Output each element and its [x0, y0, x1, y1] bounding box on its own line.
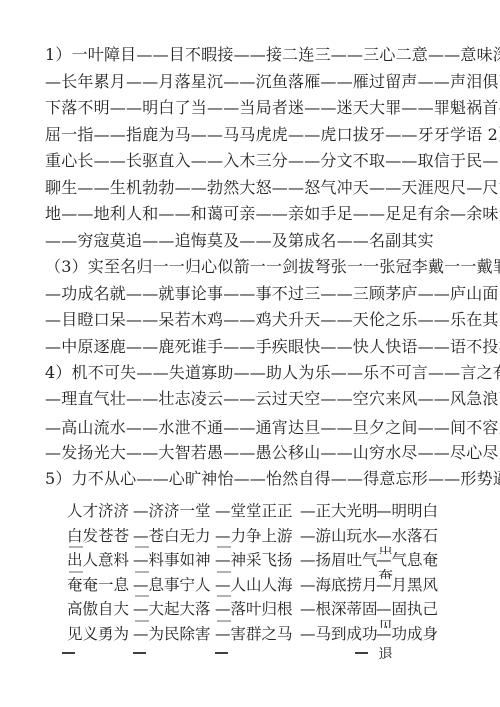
grid-cell: —水落石 — [376, 528, 438, 545]
blank-line-mark — [133, 652, 146, 654]
grid-cell: 见义勇为 — [67, 626, 129, 643]
chain-line: （3）实至名归一一归心似箭一一剑拔弩张一一张冠李戴一一戴罪立功- — [45, 258, 469, 276]
grid-cell: 奄奄一息 — [67, 577, 129, 594]
blank-line-mark — [135, 571, 149, 573]
grid-row: 人才济济 —济济一堂 —堂堂正正 —正大光明 —明明白 — [45, 503, 475, 528]
chain-line: —功成名就——就事论事——事不过三——三顾茅庐——庐山面目 — [45, 285, 469, 303]
grid-cell: 人才济济 — [67, 503, 129, 520]
blank-line-mark — [62, 652, 75, 654]
grid-cell: —害群之马 — [215, 626, 293, 643]
grid-row: 奄奄一息 —息事宁人 —人山人海 —海底捞月 —月黑风 — [45, 577, 475, 602]
grid-cell: —扬眉吐气 — [300, 552, 378, 569]
grid-cell: —月黑风 — [376, 577, 438, 594]
grid-cell: —气息奄 — [376, 552, 438, 569]
chain-line: 重心长——长驱直入——入木三分——分文不取——取信于民—民不 — [45, 152, 469, 170]
grid-cell: —根深蒂固 — [300, 601, 378, 618]
blank-line-mark — [69, 546, 83, 548]
grid-cell: 出人意料 — [67, 552, 129, 569]
grid-cell: —苍白无力 — [133, 528, 211, 545]
grid-cell: —堂堂正正 — [215, 503, 293, 520]
grid-cell: —力争上游 — [215, 528, 293, 545]
worksheet-page: 1）一叶障目——目不暇接——接二连三——三心二意——意味深长 —长年累月——月落… — [0, 0, 500, 707]
chain-line: —理直气壮——壮志凌云——云过天空——空穴来风——风急浪高 — [45, 390, 469, 408]
chain-line: 1）一叶障目——目不暇接——接二连三——三心二意——意味深长 — [45, 46, 469, 64]
grid-cell: —大起大落 — [133, 601, 211, 618]
blank-line-mark — [217, 571, 231, 573]
grid-cell: —功成身 — [376, 626, 438, 643]
blank-line-mark — [135, 620, 149, 622]
grid-cell: —马到成功 — [300, 626, 378, 643]
grid-row: 高傲自大 —大起大落 —落叶归根 —根深蒂固 —固执己 见 — [45, 601, 475, 626]
chain-line: 5）力不从心——心旷神怡——怡然自得——得意忘形——形势逼人 — [45, 470, 469, 488]
chain-line: —中原逐鹿——鹿死谁手——手疾眼快——快人快语——语不投机 — [45, 338, 469, 356]
chain-line: 下落不明——明白了当——当局者迷——迷天大罪——罪魁祸首—首 — [45, 99, 469, 117]
chain-line: —高山流水——水泄不通——通宵达旦——旦夕之间——间不容发 — [45, 419, 469, 437]
grid-cell: —为民除害 — [133, 626, 211, 643]
grid-cell: —息事宁人 — [133, 577, 211, 594]
chain-line: 地——地利人和——和蔼可亲——亲如手足——足足有余—余味无穷 — [45, 205, 469, 223]
blank-line-mark — [217, 546, 231, 548]
grid-cell: 白发苍苍 — [67, 528, 129, 545]
grid-row: 出人意料 —料事如神 —神采飞扬 —扬眉吐气 —气息奄 奄 — [45, 552, 475, 577]
grid-cell: —落叶归根 — [215, 601, 293, 618]
chain-line: 聊生——生机勃勃——勃然大怒——怒气冲天——天涯咫尺—尺寸之 — [45, 179, 469, 197]
blank-line-mark — [217, 620, 231, 622]
grid-cell: —济济一堂 — [133, 503, 211, 520]
chain-line: 屈一指——指鹿为马——马马虎虎——虎口拔牙——牙牙学语 2）语 — [45, 126, 469, 144]
grid-row: 见义勇为 —为民除害 —害群之马 —马到成功 —功成身 退 — [45, 626, 475, 651]
blank-line-mark — [215, 652, 228, 654]
chain-line: ——穷寇莫追——追悔莫及——及第成名——名副其实 — [45, 232, 469, 250]
grid-cell: —海底捞月 — [300, 577, 378, 594]
chain-line: —目瞪口呆——呆若木鸡——鸡犬升天——天伦之乐——乐在其中 — [45, 311, 469, 329]
grid-cell: —正大光明 — [300, 503, 378, 520]
grid-cell: —人山人海 — [215, 577, 293, 594]
blank-line-mark — [217, 595, 231, 597]
chain-line: 4）机不可失——失道寡助——助人为乐——乐不可言——言之有理 — [45, 364, 469, 382]
grid-cell: —神采飞扬 — [215, 552, 293, 569]
grid-cell: 高傲自大 — [67, 601, 129, 618]
chain-line: —发扬光大——大智若愚——愚公移山——山穷水尽——尽心尽力 — [45, 444, 469, 462]
grid-row: 白发苍苍 —苍白无力 —力争上游 —游山玩水 —水落石 出 — [45, 528, 475, 553]
blank-line-mark — [69, 571, 83, 573]
blank-line-mark — [355, 652, 368, 654]
blank-line-mark — [135, 546, 149, 548]
grid-cell: —料事如神 — [133, 552, 211, 569]
blank-line-mark — [135, 595, 149, 597]
chain-line: —长年累月——月落星沉——沉鱼落雁——雁过留声——声泪俱下— — [45, 73, 469, 91]
grid-cell: —固执己 — [376, 601, 438, 618]
grid-cell: —明明白 — [376, 503, 438, 520]
wrapped-char: 退 — [378, 647, 393, 659]
grid-cell: —游山玩水 — [300, 528, 378, 545]
